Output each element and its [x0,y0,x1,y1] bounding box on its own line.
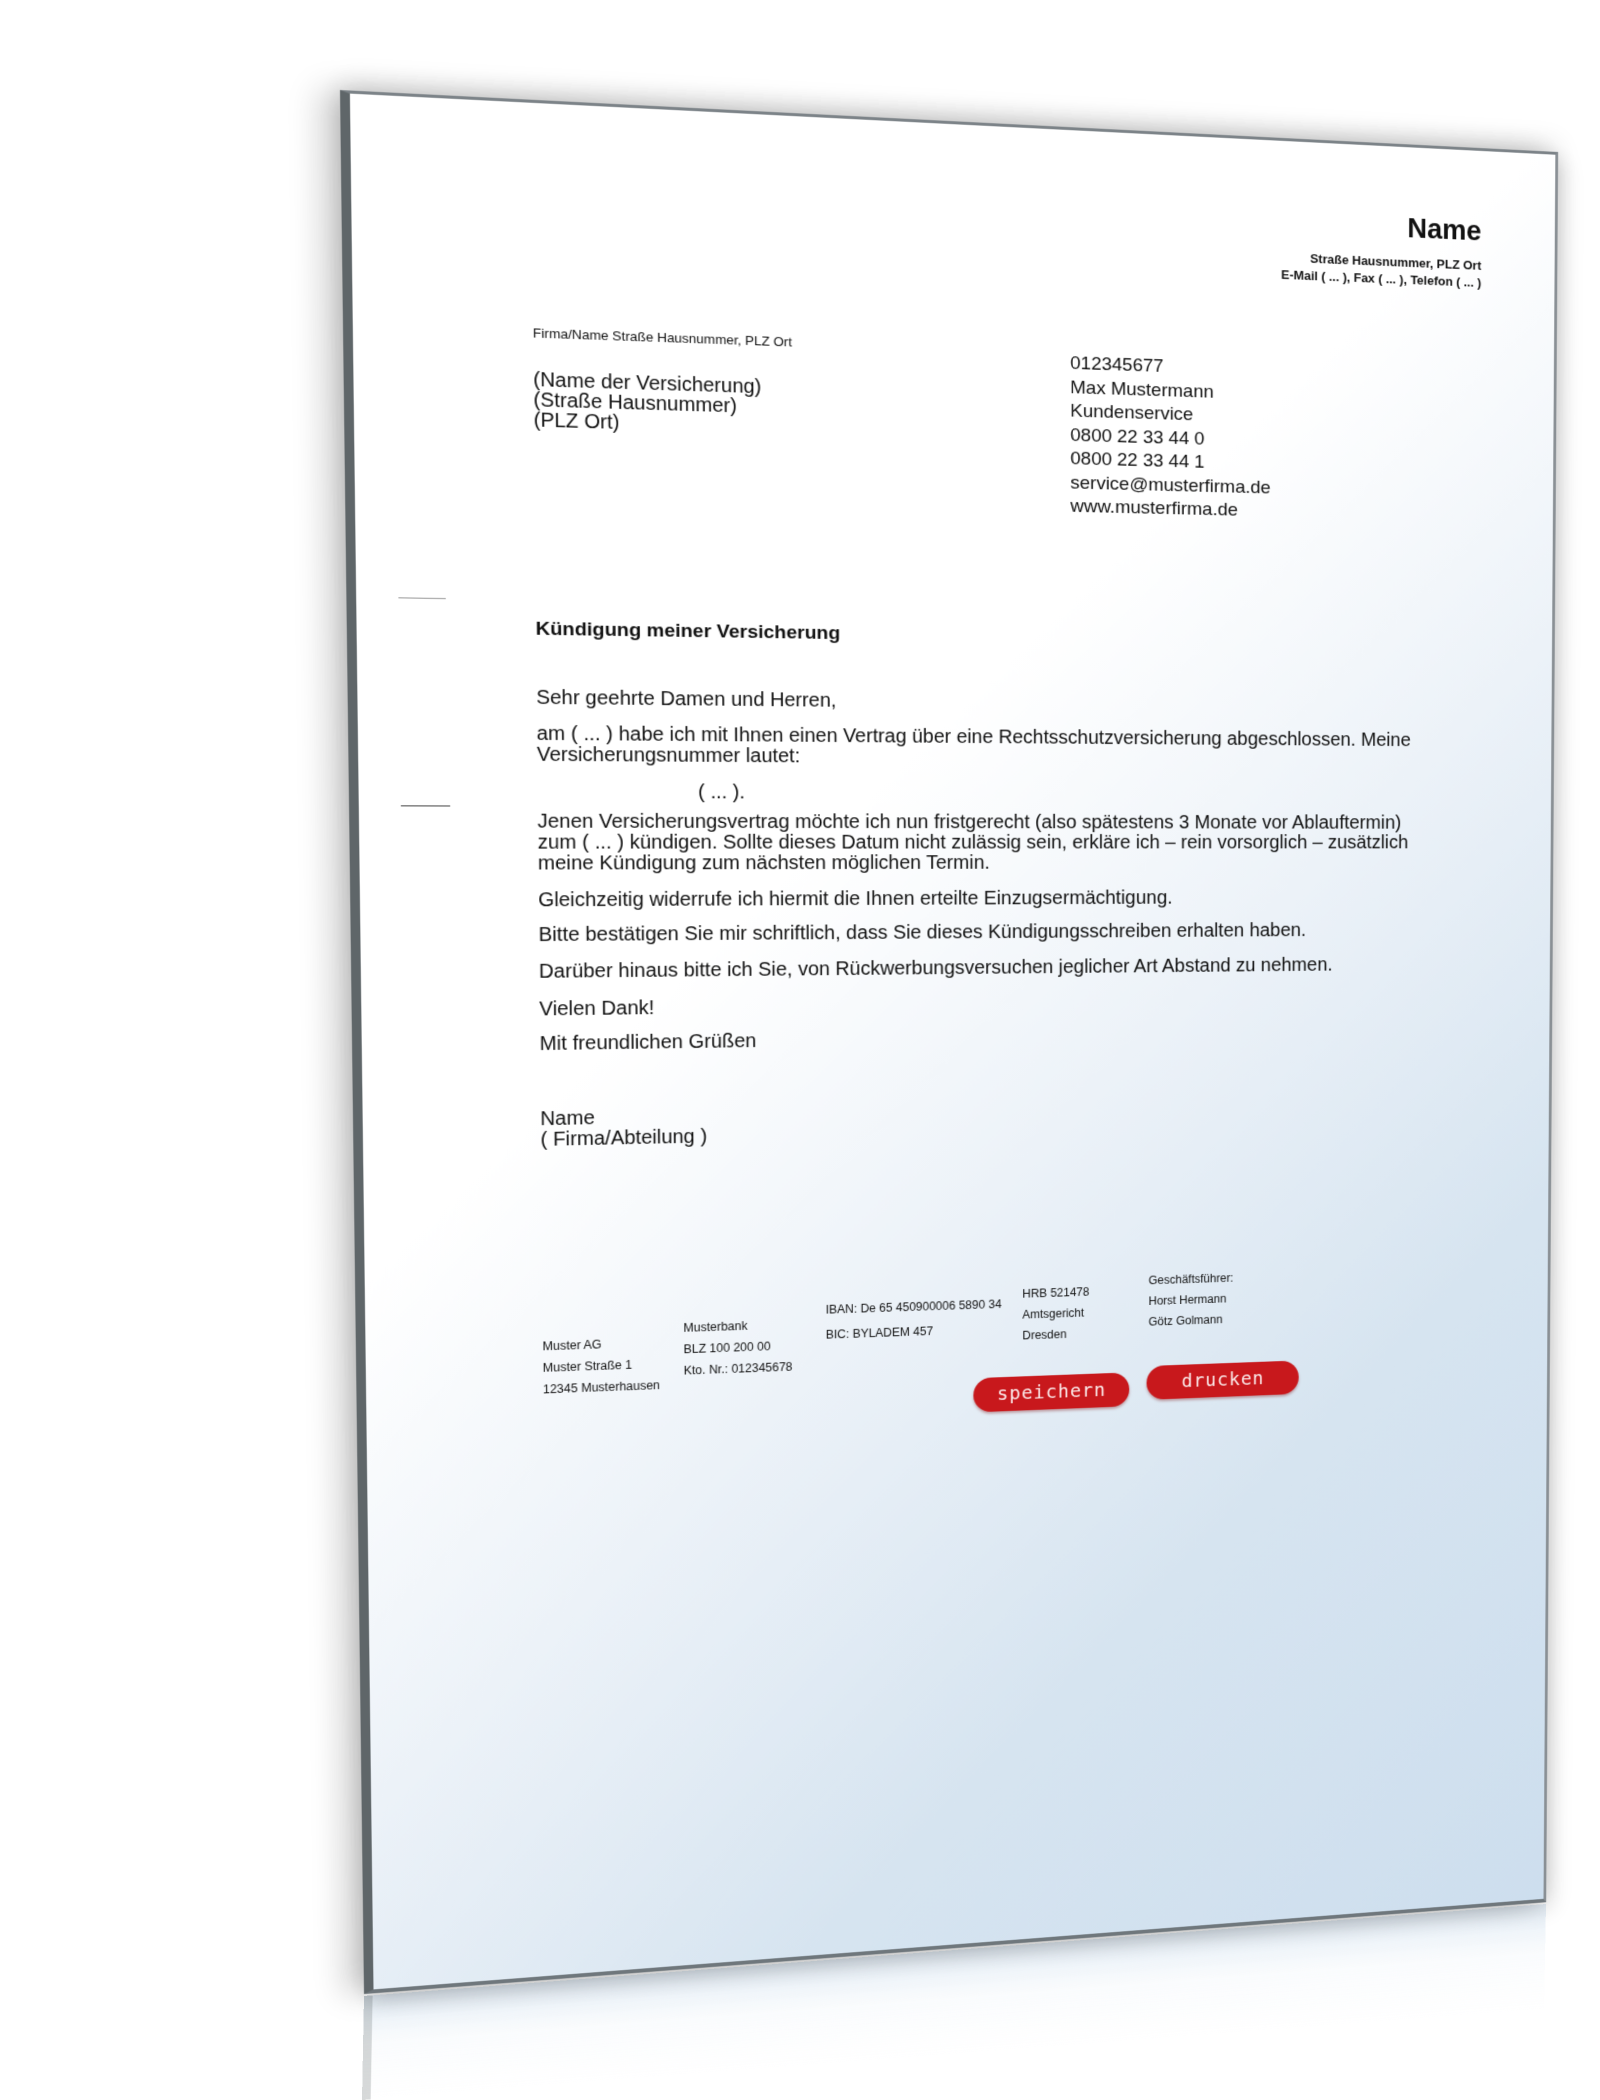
print-button[interactable]: drucken [1147,1360,1299,1399]
policy-number-placeholder: ( ... ). [698,782,745,803]
footer-line: 12345 Musterhausen [543,1374,660,1400]
footer-line: Dresden [1022,1323,1089,1346]
footer-bank: Musterbank BLZ 100 200 00 Kto. Nr.: 0123… [683,1314,792,1382]
stage: Name Straße Hausnummer, PLZ Ort E-Mail (… [0,0,1600,2100]
letterhead-name: Name [1407,213,1481,248]
footer-management: Geschäftsführer: Horst Hermann Götz Golm… [1149,1268,1234,1333]
footer-register: HRB 521478 Amtsgericht Dresden [1022,1281,1089,1346]
paragraph: am ( ... ) habe ich mit Ihnen einen Vert… [537,724,1431,771]
document-page: Name Straße Hausnummer, PLZ Ort E-Mail (… [340,90,1558,1994]
info-website: www.musterfirma.de [1070,495,1270,523]
footer-iban: IBAN: De 65 450900006 5890 34 BIC: BYLAD… [826,1292,1002,1348]
footer-line: HRB 521478 [1022,1281,1089,1304]
info-block: 012345677 Max Mustermann Kundenservice 0… [1070,352,1271,523]
footer-line: Geschäftsführer: [1149,1268,1234,1291]
footer-line: Amtsgericht [1022,1302,1089,1325]
punch-mark [401,805,450,806]
paragraph: Gleichzeitig widerrufe ich hiermit die I… [538,888,1429,912]
recipient-address: (Name der Versicherung) (Straße Hausnumm… [533,370,762,437]
footer-line: Götz Golmann [1149,1309,1234,1332]
paragraph: Jenen Versicherungsvertrag möchte ich nu… [537,812,1430,875]
subject-line: Kündigung meiner Versicherung [536,619,841,645]
footer-line: Kto. Nr.: 012345678 [684,1356,793,1381]
footer-line: Horst Hermann [1149,1288,1234,1311]
save-button[interactable]: speichern [973,1372,1129,1412]
footer-company: Muster AG Muster Straße 1 12345 Musterha… [542,1332,660,1401]
